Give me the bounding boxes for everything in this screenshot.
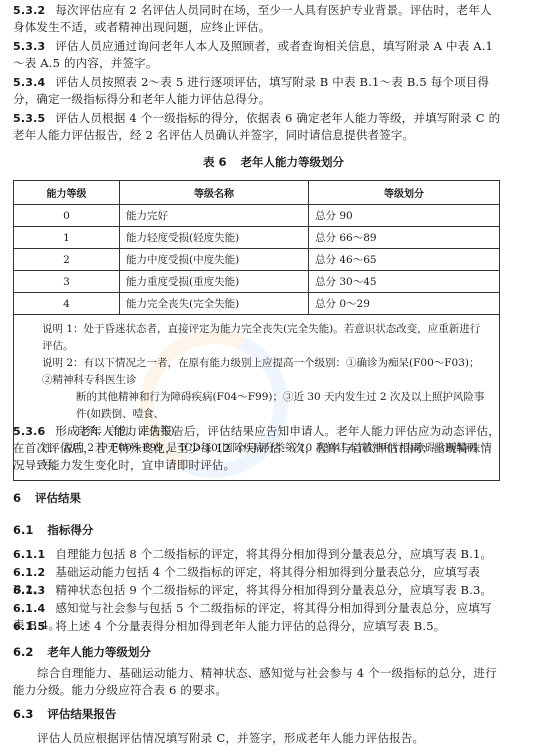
section-6-heading: 6评估结果 <box>13 490 81 506</box>
table-row: 2 能力中度受损(中度失能) 总分 46～65 <box>14 249 500 271</box>
clause-6-1-3: 6.1.3精神状态包括 9 个二级指标的评定，将其得分相加得到分量表总分，应填写… <box>13 582 503 599</box>
clause-text: 自理能力包括 8 个二级指标的评定，将其得分相加得到分量表总分，应填写表 B.1… <box>55 547 492 561</box>
cell-range: 总分 46～65 <box>309 249 500 271</box>
clause-text: 精神状态包括 9 个二级指标的评定，将其得分相加得到分量表总分，应填写表 B.3… <box>55 583 492 597</box>
clause-number: 6.1.2 <box>13 566 45 579</box>
cell-name: 能力重度受损(重度失能) <box>120 271 309 293</box>
section-number: 6.1 <box>13 523 33 537</box>
cell-level: 4 <box>14 293 120 315</box>
cell-name: 能力轻度受损(轻度失能) <box>120 227 309 249</box>
cell-level: 2 <box>14 249 120 271</box>
section-6-3-body: 评估人员应根据评估情况填写附录 C，并签字，形成老年人能力评估报告。 <box>13 730 503 747</box>
note-1: 说明 1：处于昏迷状态者，直接评定为能力完全丧失(完全失能)。若意识状态改变，应… <box>42 321 489 355</box>
note-2-continued: 断的其他精神和行为障碍疾病(F04～F99)；③近 30 天内发生过 2 次及以… <box>42 389 489 423</box>
cell-name: 能力完全丧失(完全失能) <box>120 293 309 315</box>
section-title: 老年人能力等级划分 <box>47 645 151 659</box>
clause-text: 形成老年人能力评估报告后，评估结果应告知申请人。老年人能力评估应为动态评估，在首… <box>13 424 500 472</box>
cell-range: 总分 0～29 <box>309 293 500 315</box>
table-row: 1 能力轻度受损(轻度失能) 总分 66～89 <box>14 227 500 249</box>
table-header-row: 能力等级 等级名称 等级划分 <box>14 181 500 205</box>
cell-level: 3 <box>14 271 120 293</box>
table-number: 表 6 <box>203 155 227 169</box>
clause-5-3-3: 5.3.3评估人员应通过询问老年人本人及照顾者，或者查询相关信息，填写附录 A … <box>13 38 503 72</box>
clause-text: 每次评估应有 2 名评估人员同时在场，至少一人具有医护专业背景。评估时，老年人身… <box>13 3 492 34</box>
clause-5-3-6: 5.3.6形成老年人能力评估报告后，评估结果应告知申请人。老年人能力评估应为动态… <box>13 423 503 474</box>
clause-6-1-1: 6.1.1自理能力包括 8 个二级指标的评定，将其得分相加得到分量表总分，应填写… <box>13 546 503 563</box>
section-6-1-heading: 6.1指标得分 <box>13 522 93 538</box>
clause-text: 评估人员按照表 2～表 5 进行逐项评估，填写附录 B 中表 B.1～表 B.5… <box>13 75 489 106</box>
clause-5-3-2: 5.3.2每次评估应有 2 名评估人员同时在场，至少一人具有医护专业背景。评估时… <box>13 2 503 36</box>
table-title: 老年人能力等级划分 <box>241 155 345 169</box>
cell-level: 1 <box>14 227 120 249</box>
section-6-2-heading: 6.2老年人能力等级划分 <box>13 644 151 660</box>
section-6-3-heading: 6.3评估结果报告 <box>13 706 116 722</box>
section-number: 6.2 <box>13 645 33 659</box>
section-number: 6 <box>13 491 21 505</box>
clause-6-1-5: 6.1.5将上述 4 个分量表得分相加得到老年人能力评估的总得分，应填写表 B.… <box>13 618 503 635</box>
clause-number: 5.3.5 <box>13 112 45 125</box>
cell-range: 总分 66～89 <box>309 227 500 249</box>
clause-number: 6.1.5 <box>13 620 45 633</box>
table-row: 3 能力重度受损(重度失能) 总分 30～45 <box>14 271 500 293</box>
header-grade-level: 能力等级 <box>14 181 120 205</box>
clause-5-3-5: 5.3.5评估人员根据 4 个一级指标的得分，依据表 6 确定老年人能力等级，并… <box>13 110 503 144</box>
section-title: 评估结果 <box>35 491 81 505</box>
clause-number: 6.1.4 <box>13 602 45 615</box>
section-6-2-body: 综合自理能力、基础运动能力、精神状态、感知觉与社会参与 4 个一级指标的总分，进… <box>13 665 503 699</box>
clause-text: 评估人员根据 4 个一级指标的得分，依据表 6 确定老年人能力等级，并填写附录 … <box>13 111 500 142</box>
clause-text: 评估人员应通过询问老年人本人及照顾者，或者查询相关信息，填写附录 A 中表 A.… <box>13 39 493 70</box>
table-row: 0 能力完好 总分 90 <box>14 205 500 227</box>
clause-text: 将上述 4 个分量表得分相加得到老年人能力评估的总得分，应填写表 B.5。 <box>55 619 445 633</box>
table-row: 4 能力完全丧失(完全失能) 总分 0～29 <box>14 293 500 315</box>
cell-range: 总分 30～45 <box>309 271 500 293</box>
note-2: 说明 2：有以下情况之一者，在原有能力级别上应提高一个级别：①确诊为痴呆(F00… <box>42 355 489 389</box>
clause-5-3-4: 5.3.4评估人员按照表 2～表 5 进行逐项评估，填写附录 B 中表 B.1～… <box>13 74 503 108</box>
table-caption: 表 6老年人能力等级划分 <box>0 154 547 170</box>
section-title: 指标得分 <box>47 523 93 537</box>
clause-number: 6.1.3 <box>13 584 45 597</box>
cell-name: 能力完好 <box>120 205 309 227</box>
cell-name: 能力中度受损(中度失能) <box>120 249 309 271</box>
header-grade-range: 等级划分 <box>309 181 500 205</box>
clause-number: 6.1.1 <box>13 548 45 561</box>
clause-number: 5.3.4 <box>13 76 45 89</box>
clause-number: 5.3.2 <box>13 4 45 17</box>
section-number: 6.3 <box>13 707 33 721</box>
cell-level: 0 <box>14 205 120 227</box>
cell-range: 总分 90 <box>309 205 500 227</box>
clause-number: 5.3.6 <box>13 425 45 438</box>
section-title: 评估结果报告 <box>47 707 116 721</box>
clause-number: 5.3.3 <box>13 40 45 53</box>
header-grade-name: 等级名称 <box>120 181 309 205</box>
document-page: 5.3.2每次评估应有 2 名评估人员同时在场，至少一人具有医护专业背景。评估时… <box>0 0 547 753</box>
